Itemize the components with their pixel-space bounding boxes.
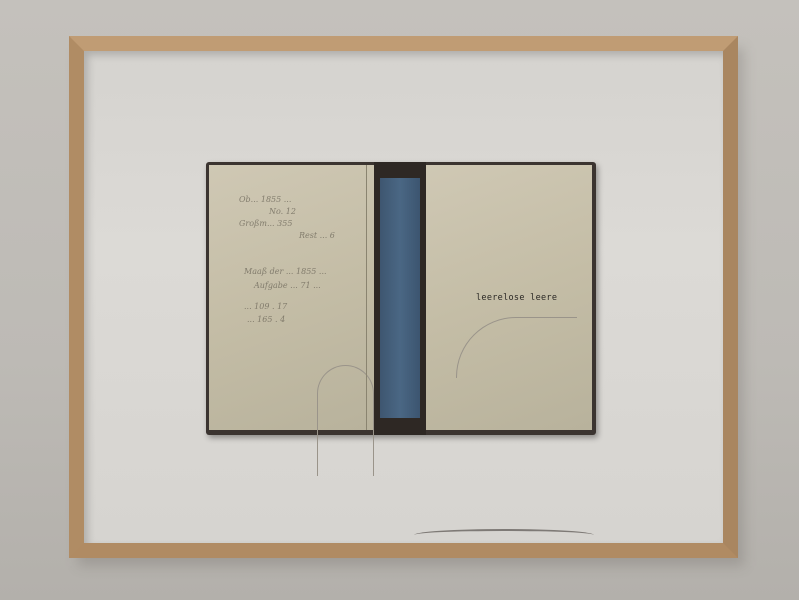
right-page: leerelose leere <box>426 165 592 430</box>
handwriting-line: Aufgabe ... 71 ... <box>254 281 321 290</box>
mat-warp <box>414 529 594 541</box>
blue-cloth-spine <box>380 178 420 418</box>
ruled-line <box>366 165 367 430</box>
handwriting-line: Rest ... 6 <box>299 231 335 240</box>
handwriting-line: ... 165 . 4 <box>247 315 285 324</box>
thread-curve <box>456 317 577 378</box>
handwriting-line: Ob... 1855 ... <box>239 195 291 204</box>
open-notebook: Ob... 1855 ... No. 12 Großm... 355 Rest … <box>206 162 596 435</box>
left-page: Ob... 1855 ... No. 12 Großm... 355 Rest … <box>209 165 374 430</box>
handwriting-line: ... 109 . 17 <box>244 302 287 311</box>
book-spine <box>374 162 426 435</box>
handwriting-line: Großm... 355 <box>239 219 292 228</box>
printed-caption: leerelose leere <box>476 293 557 303</box>
handwriting-line: Maaß der ... 1855 ... <box>244 267 327 276</box>
handwriting-line: No. 12 <box>269 207 296 216</box>
